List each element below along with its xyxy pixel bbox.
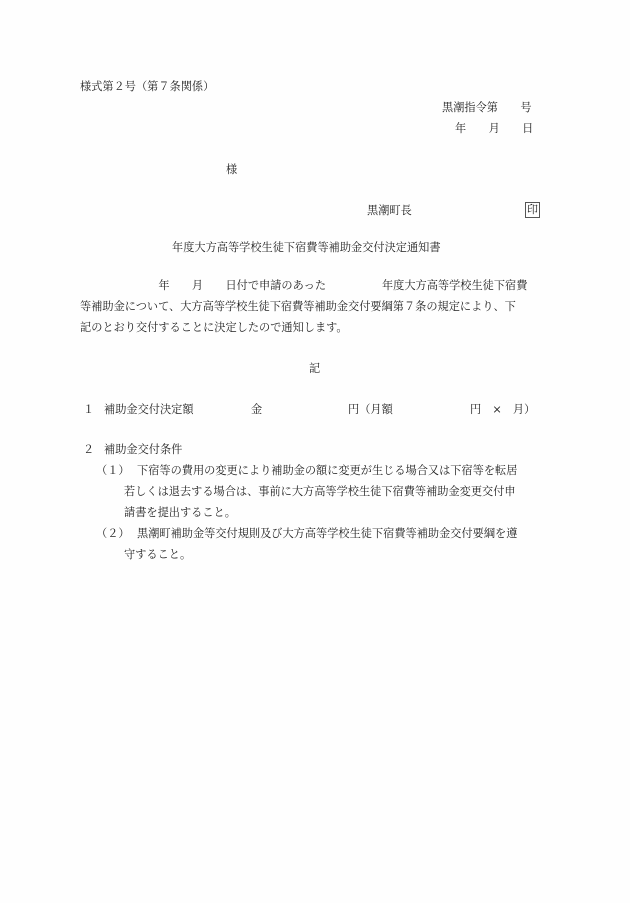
body-line: 記のとおり交付することに決定したので通知します。 xyxy=(80,317,550,338)
form-label: 様式第２号（第７条関係） xyxy=(80,80,214,94)
body-paragraph: 年 月 日付で申請のあった 年度大方高等学校生徒下宿費 等補助金について、大方高… xyxy=(80,275,550,338)
item-2-label: 補助金交付条件 xyxy=(104,443,182,457)
condition-1-line: 下宿等の費用の変更により補助金の額に変更が生じる場合又は下宿等を転居 xyxy=(137,464,517,478)
ki-heading: 記 xyxy=(309,362,320,376)
item-1-monthly: 円（月額 xyxy=(348,403,393,417)
condition-2-line: 黒潮町補助金等交付規則及び大方高等学校生徒下宿費等補助金交付要綱を遵 xyxy=(137,527,517,541)
item-1-number: １ xyxy=(83,403,94,417)
item-2-number: ２ xyxy=(83,443,94,457)
body-line: 年 月 日付で申請のあった 年度大方高等学校生徒下宿費 xyxy=(80,275,550,296)
item-1-times: 円 × 月） xyxy=(470,403,535,417)
seal-stamp: 印 xyxy=(525,202,540,218)
issue-date: 年 月 日 xyxy=(455,122,533,136)
condition-1-number: （１） xyxy=(96,464,130,478)
document-title: 年度大方高等学校生徒下宿費等補助金交付決定通知書 xyxy=(172,241,441,255)
condition-2-line: 守すること。 xyxy=(124,548,191,562)
seal-icon: 印 xyxy=(525,202,540,218)
condition-2-number: （２） xyxy=(96,527,130,541)
issuer-name: 黒潮町長 xyxy=(367,204,412,218)
item-1-label: 補助金交付決定額 xyxy=(104,403,194,417)
condition-1-line: 若しくは退去する場合は、事前に大方高等学校生徒下宿費等補助金変更交付申 xyxy=(124,485,516,499)
addressee-suffix: 様 xyxy=(226,163,237,177)
item-1-kin: 金 xyxy=(251,403,262,417)
condition-1-line: 請書を提出すること。 xyxy=(124,506,236,520)
body-line: 等補助金について、大方高等学校生徒下宿費等補助金交付要綱第７条の規定により、下 xyxy=(80,296,550,317)
document-number: 黒潮指令第 号 xyxy=(442,101,532,115)
